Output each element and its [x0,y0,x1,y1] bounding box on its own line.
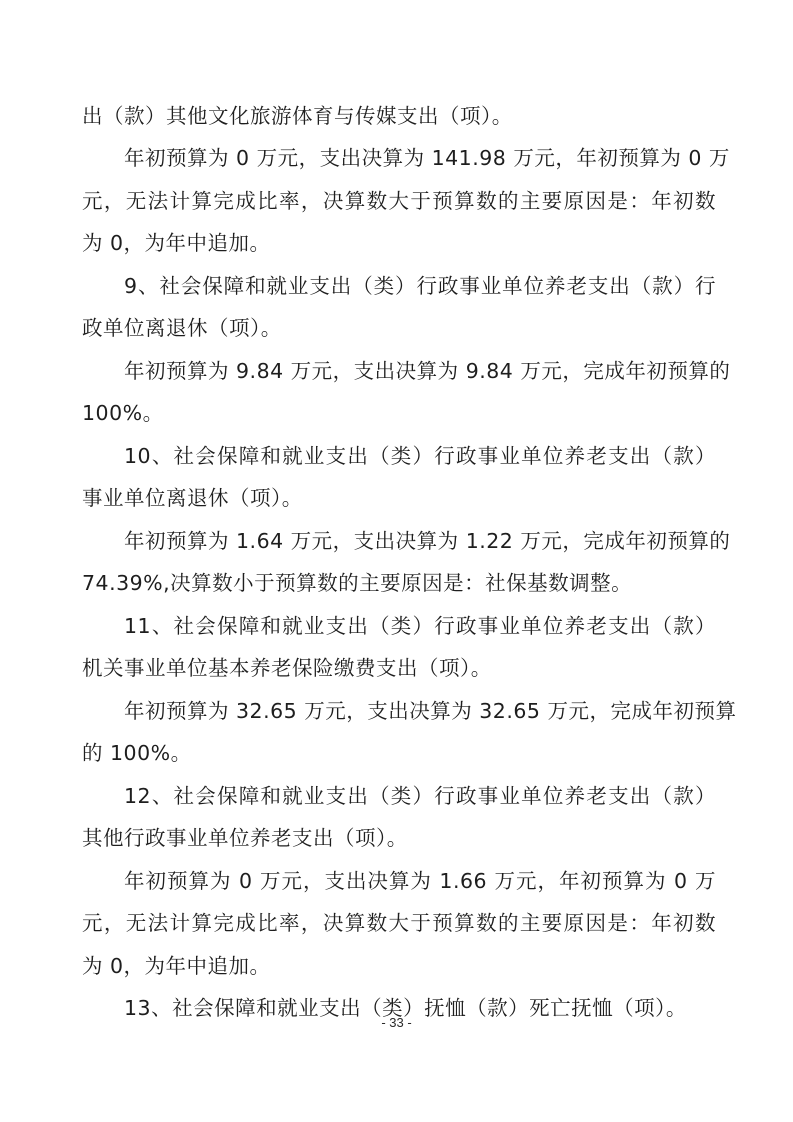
text-line-21: 为 0，为年中追加。 [82,951,716,981]
document-page: 出（款）其他文化旅游体育与传媒支出（项）。 年初预算为 0 万元，支出决算为 1… [0,0,793,1122]
text-line-8: 100%。 [82,398,716,428]
text-line-9: 10、社会保障和就业支出（类）行政事业单位养老支出（款） [124,441,716,471]
text-line-14: 机关事业单位基本养老保险缴费支出（项）。 [82,653,716,683]
text-line-12: 74.39%,决算数小于预算数的主要原因是：社保基数调整。 [82,568,716,598]
text-line-4: 为 0，为年中追加。 [82,228,716,258]
text-line-15: 年初预算为 32.65 万元，支出决算为 32.65 万元，完成年初预算 [124,696,716,726]
text-line-10: 事业单位离退休（项）。 [82,483,716,513]
text-line-11: 年初预算为 1.64 万元，支出决算为 1.22 万元，完成年初预算的 [124,526,716,556]
text-line-3: 元，无法计算完成比率，决算数大于预算数的主要原因是：年初数 [82,186,716,216]
text-line-16: 的 100%。 [82,738,716,768]
text-line-5: 9、社会保障和就业支出（类）行政事业单位养老支出（款）行 [124,271,716,301]
text-line-2: 年初预算为 0 万元，支出决算为 141.98 万元，年初预算为 0 万 [124,143,716,173]
text-line-18: 其他行政事业单位养老支出（项）。 [82,823,716,853]
text-line-19: 年初预算为 0 万元，支出决算为 1.66 万元，年初预算为 0 万 [124,866,716,896]
page-number: - 33 - [0,1014,793,1032]
text-line-17: 12、社会保障和就业支出（类）行政事业单位养老支出（款） [124,781,716,811]
text-line-20: 元，无法计算完成比率，决算数大于预算数的主要原因是：年初数 [82,908,716,938]
text-line-13: 11、社会保障和就业支出（类）行政事业单位养老支出（款） [124,611,716,641]
text-line-6: 政单位离退休（项）。 [82,313,716,343]
text-line-7: 年初预算为 9.84 万元，支出决算为 9.84 万元，完成年初预算的 [124,356,716,386]
text-line-1: 出（款）其他文化旅游体育与传媒支出（项）。 [82,101,716,131]
